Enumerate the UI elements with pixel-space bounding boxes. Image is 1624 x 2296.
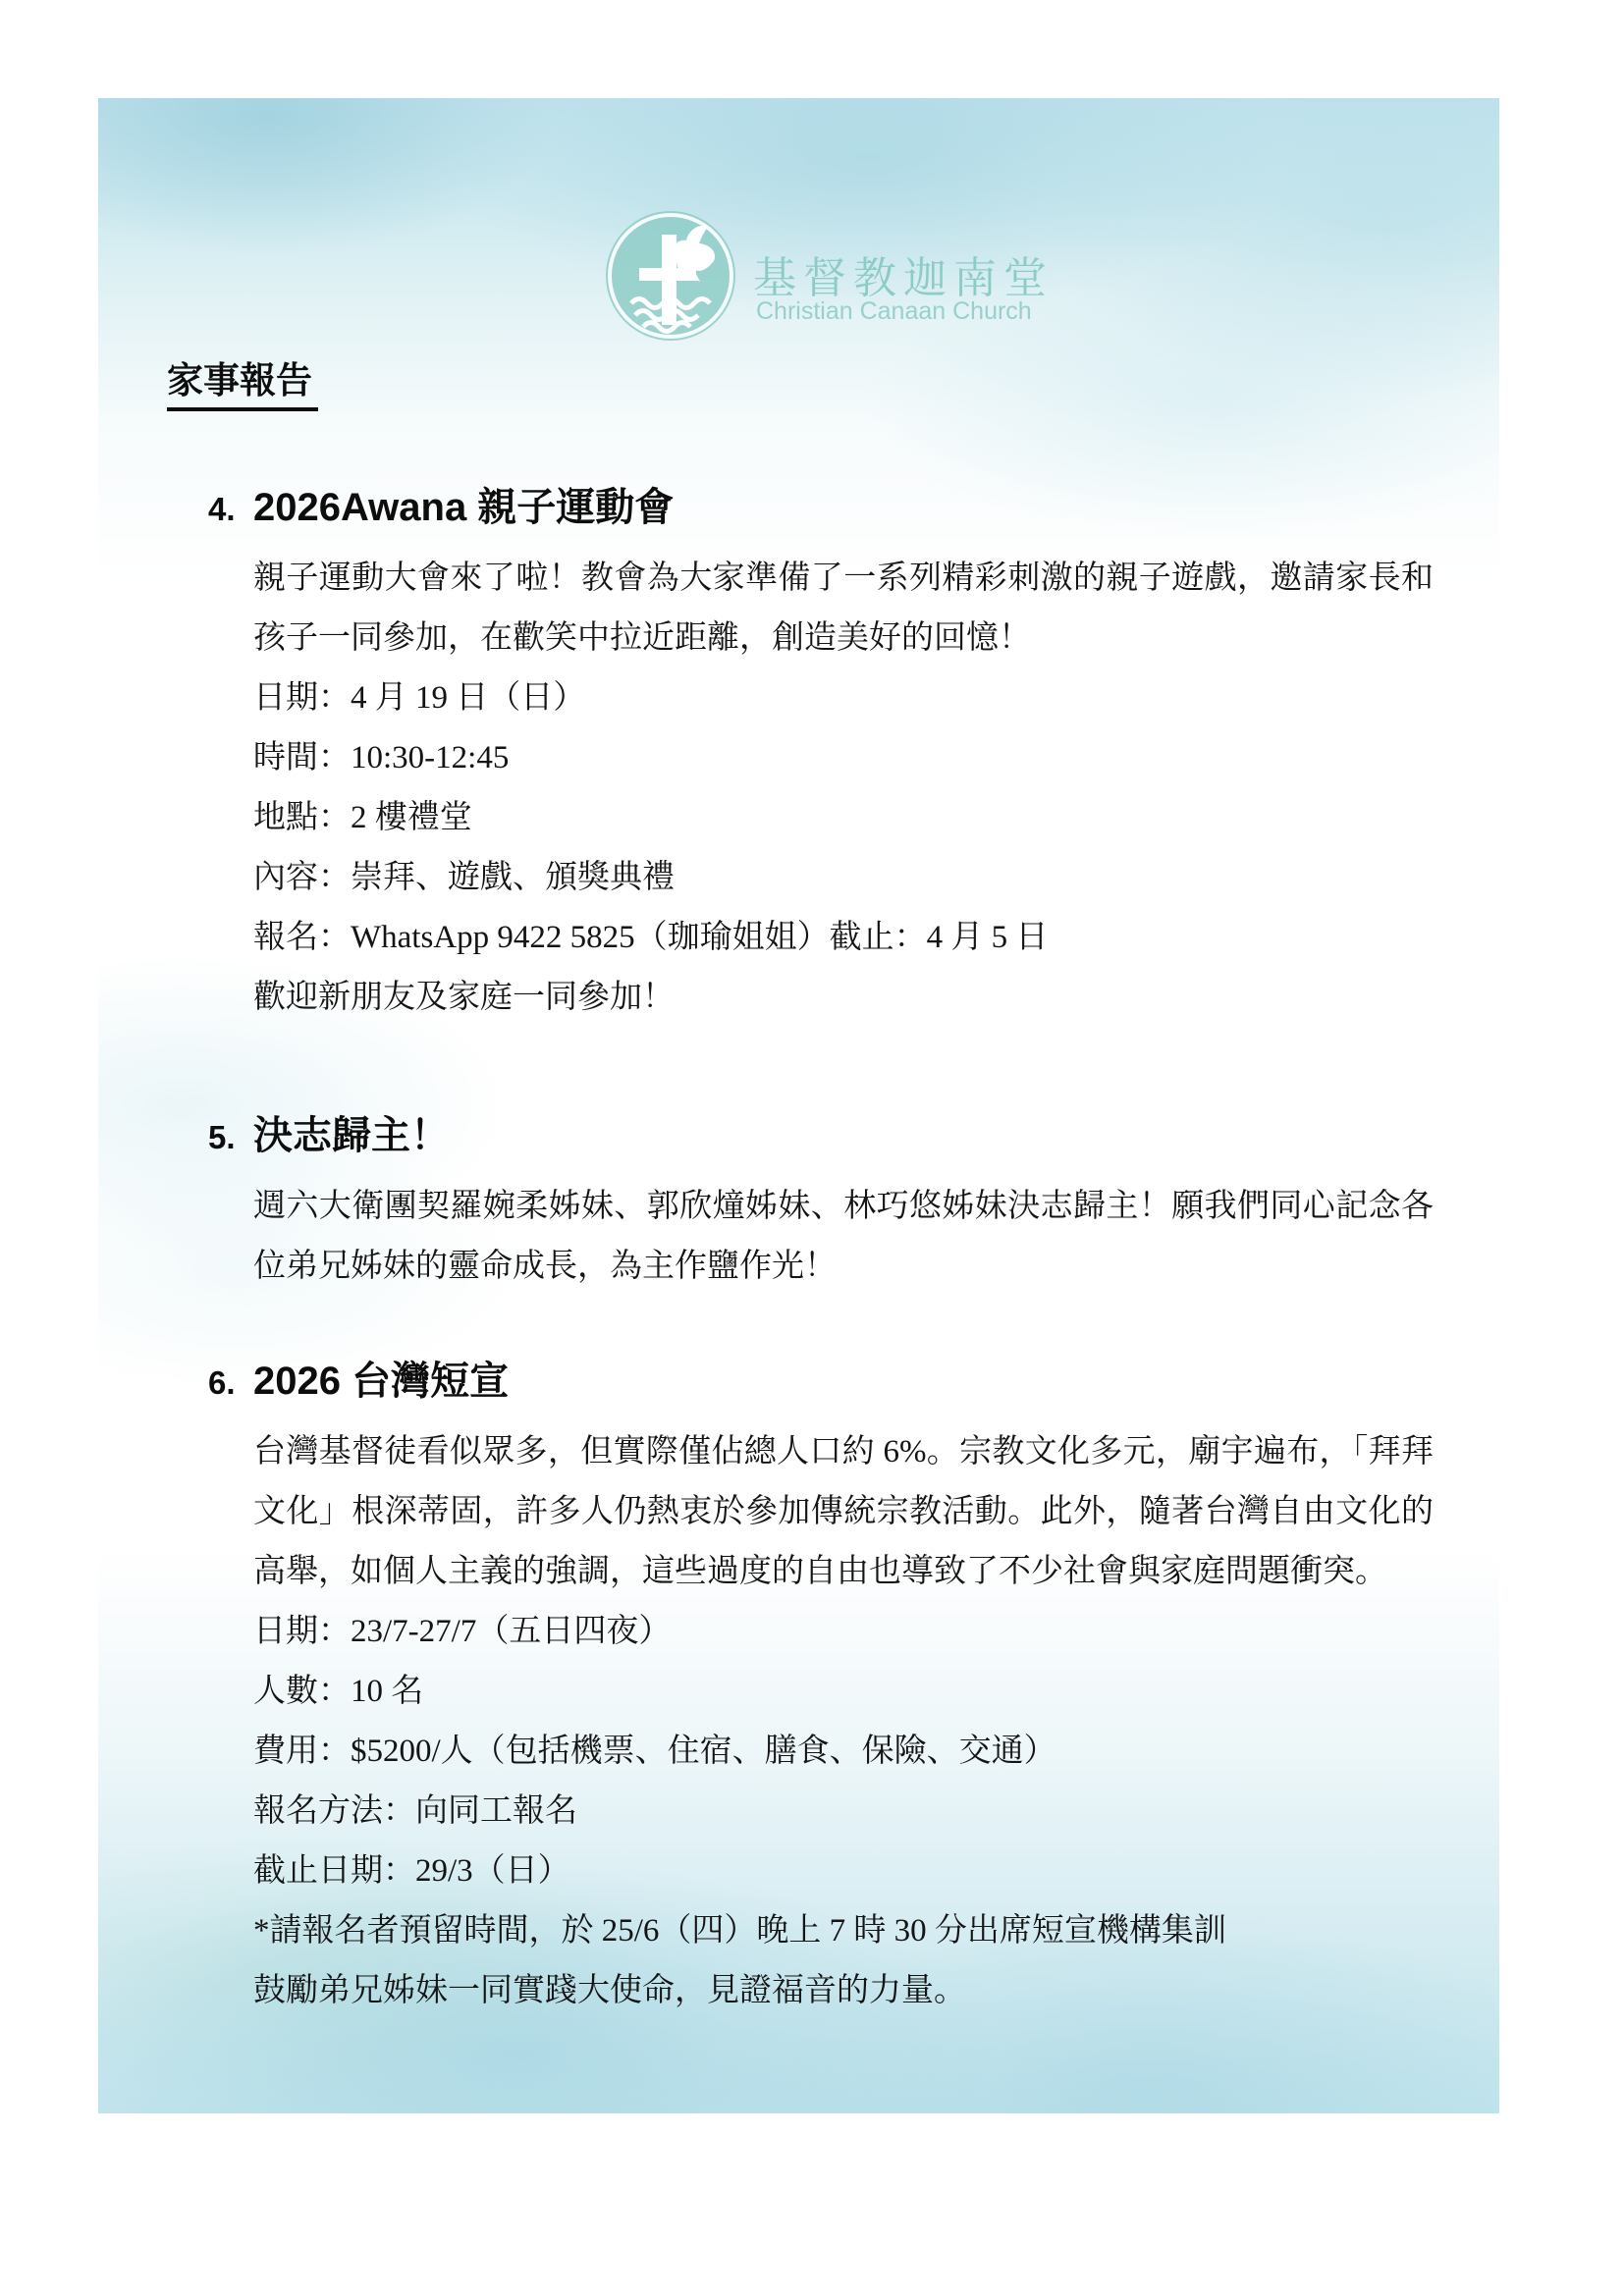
item-number: 4. xyxy=(208,484,253,535)
item-paragraph: 親子運動大會來了啦！教會為大家準備了一系列精彩刺激的親子遊戲，邀請家長和孩子一同… xyxy=(253,549,1434,668)
detail-line: 歡迎新朋友及家庭一同參加！ xyxy=(253,968,1434,1028)
detail-line: 時間：10:30-12:45 xyxy=(253,728,1434,788)
detail-line: 費用：$5200/人（包括機票、住宿、膳食、保險、交通） xyxy=(253,1722,1434,1782)
detail-line: 報名：WhatsApp 9422 5825（珈瑜姐姐）截止：4 月 5 日 xyxy=(253,908,1434,968)
detail-line: 截止日期：29/3（日） xyxy=(253,1842,1434,1901)
detail-line: 地點：2 樓禮堂 xyxy=(253,788,1434,848)
bulletin-page: { "colors": { "brand_teal": "#84c9c3", "… xyxy=(0,0,1624,2296)
announcement-item-5: 5. 決志歸主！ 週六大衛團契羅婉柔姊妹、郭欣燑姊妹、林巧悠姊妹決志歸主！願我們… xyxy=(208,1110,1437,1297)
detail-line: 內容：崇拜、遊戲、頒獎典禮 xyxy=(253,848,1434,908)
item-title: 2026 台灣短宣 xyxy=(253,1356,509,1407)
item-title: 2026Awana 親子運動會 xyxy=(253,482,674,533)
item-paragraph: 週六大衛團契羅婉柔姊妹、郭欣燑姊妹、林巧悠姊妹決志歸主！願我們同心記念各位弟兄姊… xyxy=(253,1177,1434,1297)
announcement-item-4: 4. 2026Awana 親子運動會 親子運動大會來了啦！教會為大家準備了一系列… xyxy=(208,482,1437,1028)
item-title: 決志歸主！ xyxy=(253,1110,450,1161)
item-paragraph: 台灣基督徒看似眾多，但實際僅佔總人口約 6%。宗教文化多元，廟宇遍布，「拜拜文化… xyxy=(253,1422,1434,1602)
page-title: 家事報告 xyxy=(167,359,318,411)
announcement-item-6: 6. 2026 台灣短宣 台灣基督徒看似眾多，但實際僅佔總人口約 6%。宗教文化… xyxy=(208,1356,1437,2021)
detail-line: *請報名者預留時間，於 25/6（四）晚上 7 時 30 分出席短宣機構集訓 xyxy=(253,1901,1434,1961)
detail-line: 報名方法：向同工報名 xyxy=(253,1782,1434,1842)
detail-line: 鼓勵弟兄姊妹一同實踐大使命，見證福音的力量。 xyxy=(253,1961,1434,2021)
item-number: 6. xyxy=(208,1358,253,1409)
detail-line: 人數：10 名 xyxy=(253,1662,1434,1722)
announcements: 家事報告 4. 2026Awana 親子運動會 親子運動大會來了啦！教會為大家準… xyxy=(0,0,1624,2021)
detail-line: 日期：4 月 19 日（日） xyxy=(253,668,1434,728)
item-number: 5. xyxy=(208,1112,253,1163)
detail-line: 日期：23/7-27/7（五日四夜） xyxy=(253,1602,1434,1662)
